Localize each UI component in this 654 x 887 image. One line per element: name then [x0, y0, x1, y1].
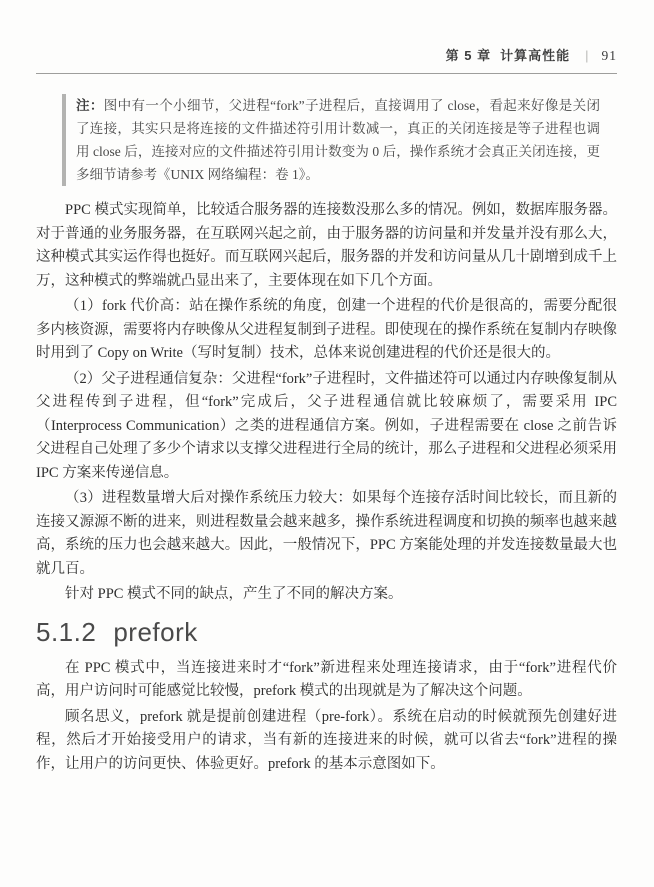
body-paragraph-fork-cost: （1）fork 代价高：站在操作系统的角度，创建一个进程的代价是很高的，需要分配…: [36, 295, 617, 366]
header-separator: |: [585, 48, 588, 63]
page-number: 91: [602, 48, 618, 64]
section-heading: 5.1.2 prefork: [36, 617, 617, 648]
section-number: 5.1.2: [36, 617, 96, 648]
section-title: prefork: [113, 617, 197, 648]
chapter-title: 计算高性能: [500, 45, 570, 64]
chapter-number: 第 5 章: [446, 45, 491, 64]
note-box: 注：图中有一个小细节，父进程“fork”子进程后，直接调用了 close，看起来…: [62, 94, 600, 186]
body-paragraph-process-pressure: （3）进程数量增大后对操作系统压力较大：如果每个连接存活时间比较长，而且新的连接…: [36, 487, 617, 581]
note-text: 图中有一个小细节，父进程“fork”子进程后，直接调用了 close，看起来好像…: [76, 98, 600, 182]
body-paragraph-ipc-complexity: （2）父子进程通信复杂：父进程“fork”子进程时，文件描述符可以通过内存映像复…: [36, 368, 617, 486]
body-paragraph-ppc-intro: PPC 模式实现简单，比较适合服务器的连接数没那么多的情况。例如，数据库服务器。…: [36, 199, 617, 293]
book-page: 第 5 章 计算高性能 | 91 注：图中有一个小细节，父进程“fork”子进程…: [0, 0, 654, 887]
body-paragraph-prefork-detail: 顾名思义，prefork 就是提前创建进程（pre-fork）。系统在启动的时候…: [36, 706, 617, 777]
page-header: 第 5 章 计算高性能 | 91: [36, 45, 617, 74]
body-paragraph-prefork-intro: 在 PPC 模式中，当连接进来时才“fork”新进程来处理连接请求，由于“for…: [36, 657, 617, 704]
note-label: 注：: [76, 98, 104, 113]
body-paragraph-solutions: 针对 PPC 模式不同的缺点，产生了不同的解决方案。: [36, 583, 617, 607]
